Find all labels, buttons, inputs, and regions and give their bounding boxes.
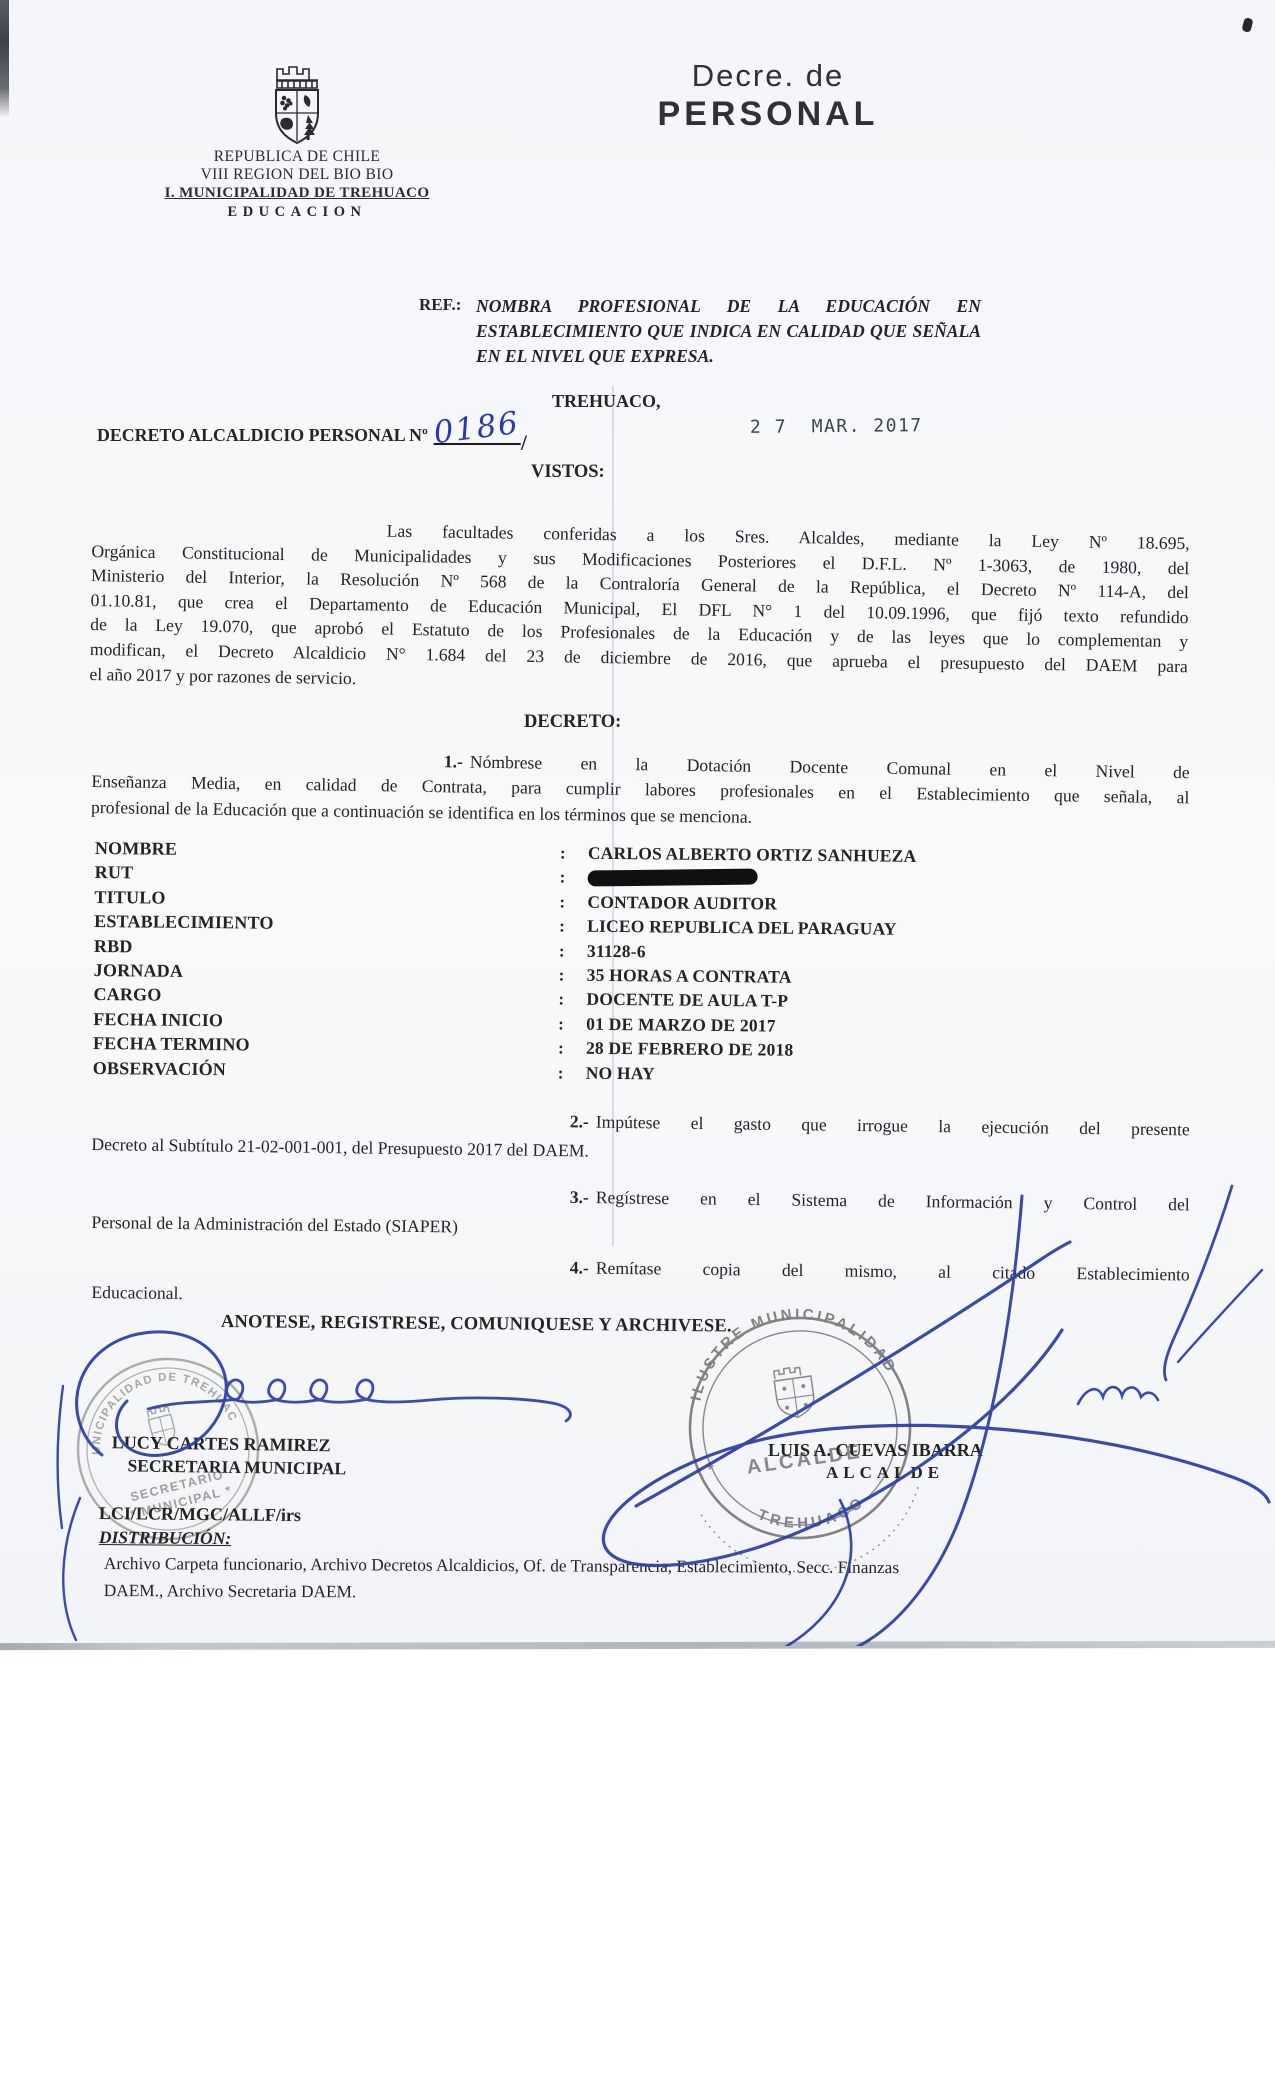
field-label: RBD [94,936,559,961]
field-colon: : [558,1014,586,1034]
field-colon: : [558,1063,586,1083]
decree-item-2: 2.-Impútese el gasto que irrogue la ejec… [91,1101,1190,1173]
vistos-paragraph: Las facultades conferidas a los Sres. Al… [89,514,1190,703]
field-value: 28 DE FEBRERO DE 2018 [586,1038,1103,1064]
field-value: CONTADOR AUDITOR [587,892,1104,918]
field-colon: : [560,868,588,888]
left-ink-stroke [58,1386,63,1528]
scan-edge-artifact [0,0,9,118]
decree-item-3: 3.-Regístrese en el Sistema de Informaci… [91,1176,1190,1251]
item-1-number: 1.- [444,751,463,771]
field-value: 01 DE MARZO DE 2017 [586,1013,1103,1039]
field-colon: : [558,1039,586,1059]
field-colon: : [558,990,586,1010]
crown-merlons [277,67,309,80]
coat-of-arms [264,56,330,148]
right-signatory-title: ALCALDE [826,1463,983,1483]
left-signatory-name: LUCY CARTES RAMIREZ [112,1432,347,1456]
field-colon: : [559,917,587,937]
right-stamp-star: * [707,1461,716,1479]
decree-item-4: 4.-Remítase copia del mismo, al citado E… [91,1247,1190,1319]
right-ink-stroke-2 [1178,1270,1262,1362]
field-label: FECHA TERMINO [93,1033,558,1058]
field-label: RUT [95,862,560,887]
distribution-label: DISTRIBUCIÓN: [99,1527,231,1549]
left-signature-wave [148,1380,570,1421]
right-signature-block: LUIS A. CUEVAS IBARRA ALCALDE [768,1440,983,1483]
letterhead-country: REPUBLICA DE CHILE [137,148,457,166]
field-label: FECHA INICIO [93,1009,558,1034]
letterhead-municipality: I. MUNICIPALIDAD DE TREHUACO [137,185,457,203]
field-label: TITULO [94,887,559,912]
letterhead-region: VIII REGION DEL BIO BIO [137,166,457,184]
field-colon: : [559,941,587,961]
field-label: OBSERVACIÓN [93,1058,558,1083]
letterhead-department: EDUCACION [137,204,457,222]
field-label: JORNADA [94,960,559,985]
distribution-text: Archivo Carpeta funcionario, Archivo Dec… [104,1551,1189,1610]
left-signatory-title: SECRETARIA MUNICIPAL [127,1455,346,1479]
personal-decree-stamp: Decre. de PERSONAL [628,58,908,134]
scan-dot-artifact [1241,17,1253,33]
field-value: CARLOS ALBERTO ORTIZ SANHUEZA [588,843,1105,869]
decree-number-underline: 0186 [434,417,521,445]
item-3-number: 3.- [570,1187,589,1207]
stamp-line-2: PERSONAL [628,95,908,134]
svg-text:TREHUACO: TREHUACO [753,1491,871,1539]
field-value [588,867,1105,893]
field-colon: : [560,843,588,863]
field-value: 35 HORAS A CONTRATA [587,965,1104,991]
letterhead-municipality-text: I. MUNICIPALIDAD DE TREHUACO [165,185,430,201]
field-value: NO HAY [586,1062,1103,1088]
decreto-heading: DECRETO: [524,712,621,733]
ref-line: EN EL NIVEL QUE EXPRESA. [476,344,981,369]
field-value: DOCENTE DE AULA T-P [586,989,1103,1015]
responsibility-initials: LCI/LCR/MGC/ALLF/irs [99,1503,301,1526]
ref-text: NOMBRA PROFESIONAL DE LA EDUCACIÓN EN ES… [476,294,981,368]
ref-block: REF.: NOMBRA PROFESIONAL DE LA EDUCACIÓN… [419,294,984,368]
decree-number-slash: / [521,430,527,455]
decree-item-1: 1.-Nómbrese en la Dotación Docente Comun… [91,744,1190,836]
handwritten-decree-number: 0186 [432,405,522,451]
left-ink-arc [63,1498,80,1640]
date-stamp: 2 7 MAR. 2017 [750,415,923,438]
vistos-heading: VISTOS: [531,462,605,483]
item-2-number: 2.- [570,1111,589,1131]
appointment-fields: NOMBRE : CARLOS ALBERTO ORTIZ SANHUEZA R… [93,838,1105,1092]
closing-formula: ANOTESE, REGISTRESE, COMUNIQUESE Y ARCHI… [221,1312,732,1337]
field-colon: : [559,892,587,912]
right-signatory-name: LUIS A. CUEVAS IBARRA [768,1440,983,1461]
right-stamp-arc-bottom: TREHUACO [753,1491,871,1539]
distribution-line: DAEM., Archivo Secretaria DAEM. [104,1577,1189,1609]
ref-label: REF.: [419,295,461,315]
redaction-bar [588,869,758,887]
left-signature-block: LUCY CARTES RAMIREZ SECRETARIA MUNICIPAL [97,1432,346,1479]
letterhead: REPUBLICA DE CHILE VIII REGION DEL BIO B… [137,148,457,221]
item-4-number: 4.- [570,1257,589,1277]
right-stamp-shield [773,1365,817,1420]
field-value: 31128-6 [587,940,1104,966]
stamp-line-1: Decre. de [628,58,908,94]
field-value: LICEO REPUBLICA DEL PARAGUAY [587,916,1104,942]
field-label: ESTABLECIMIENTO [94,911,559,936]
ref-line: ESTABLECIMIENTO QUE INDICA EN CALIDAD QU… [476,319,981,344]
field-label: CARGO [93,984,558,1009]
decree-number-label: DECRETO ALCALDICIO PERSONAL Nº [97,425,428,445]
decree-number-line: DECRETO ALCALDICIO PERSONAL Nº0186/ [97,417,527,456]
field-label: NOMBRE [95,838,560,863]
page-bottom-shadow [0,1641,1275,1650]
scanned-page: REPUBLICA DE CHILE VIII REGION DEL BIO B… [0,0,1275,1646]
right-signature-squiggle [1078,1387,1158,1404]
ref-line: NOMBRA PROFESIONAL DE LA EDUCACIÓN EN [476,294,981,319]
place-line: TREHUACO, [552,391,661,412]
field-colon: : [559,965,587,985]
